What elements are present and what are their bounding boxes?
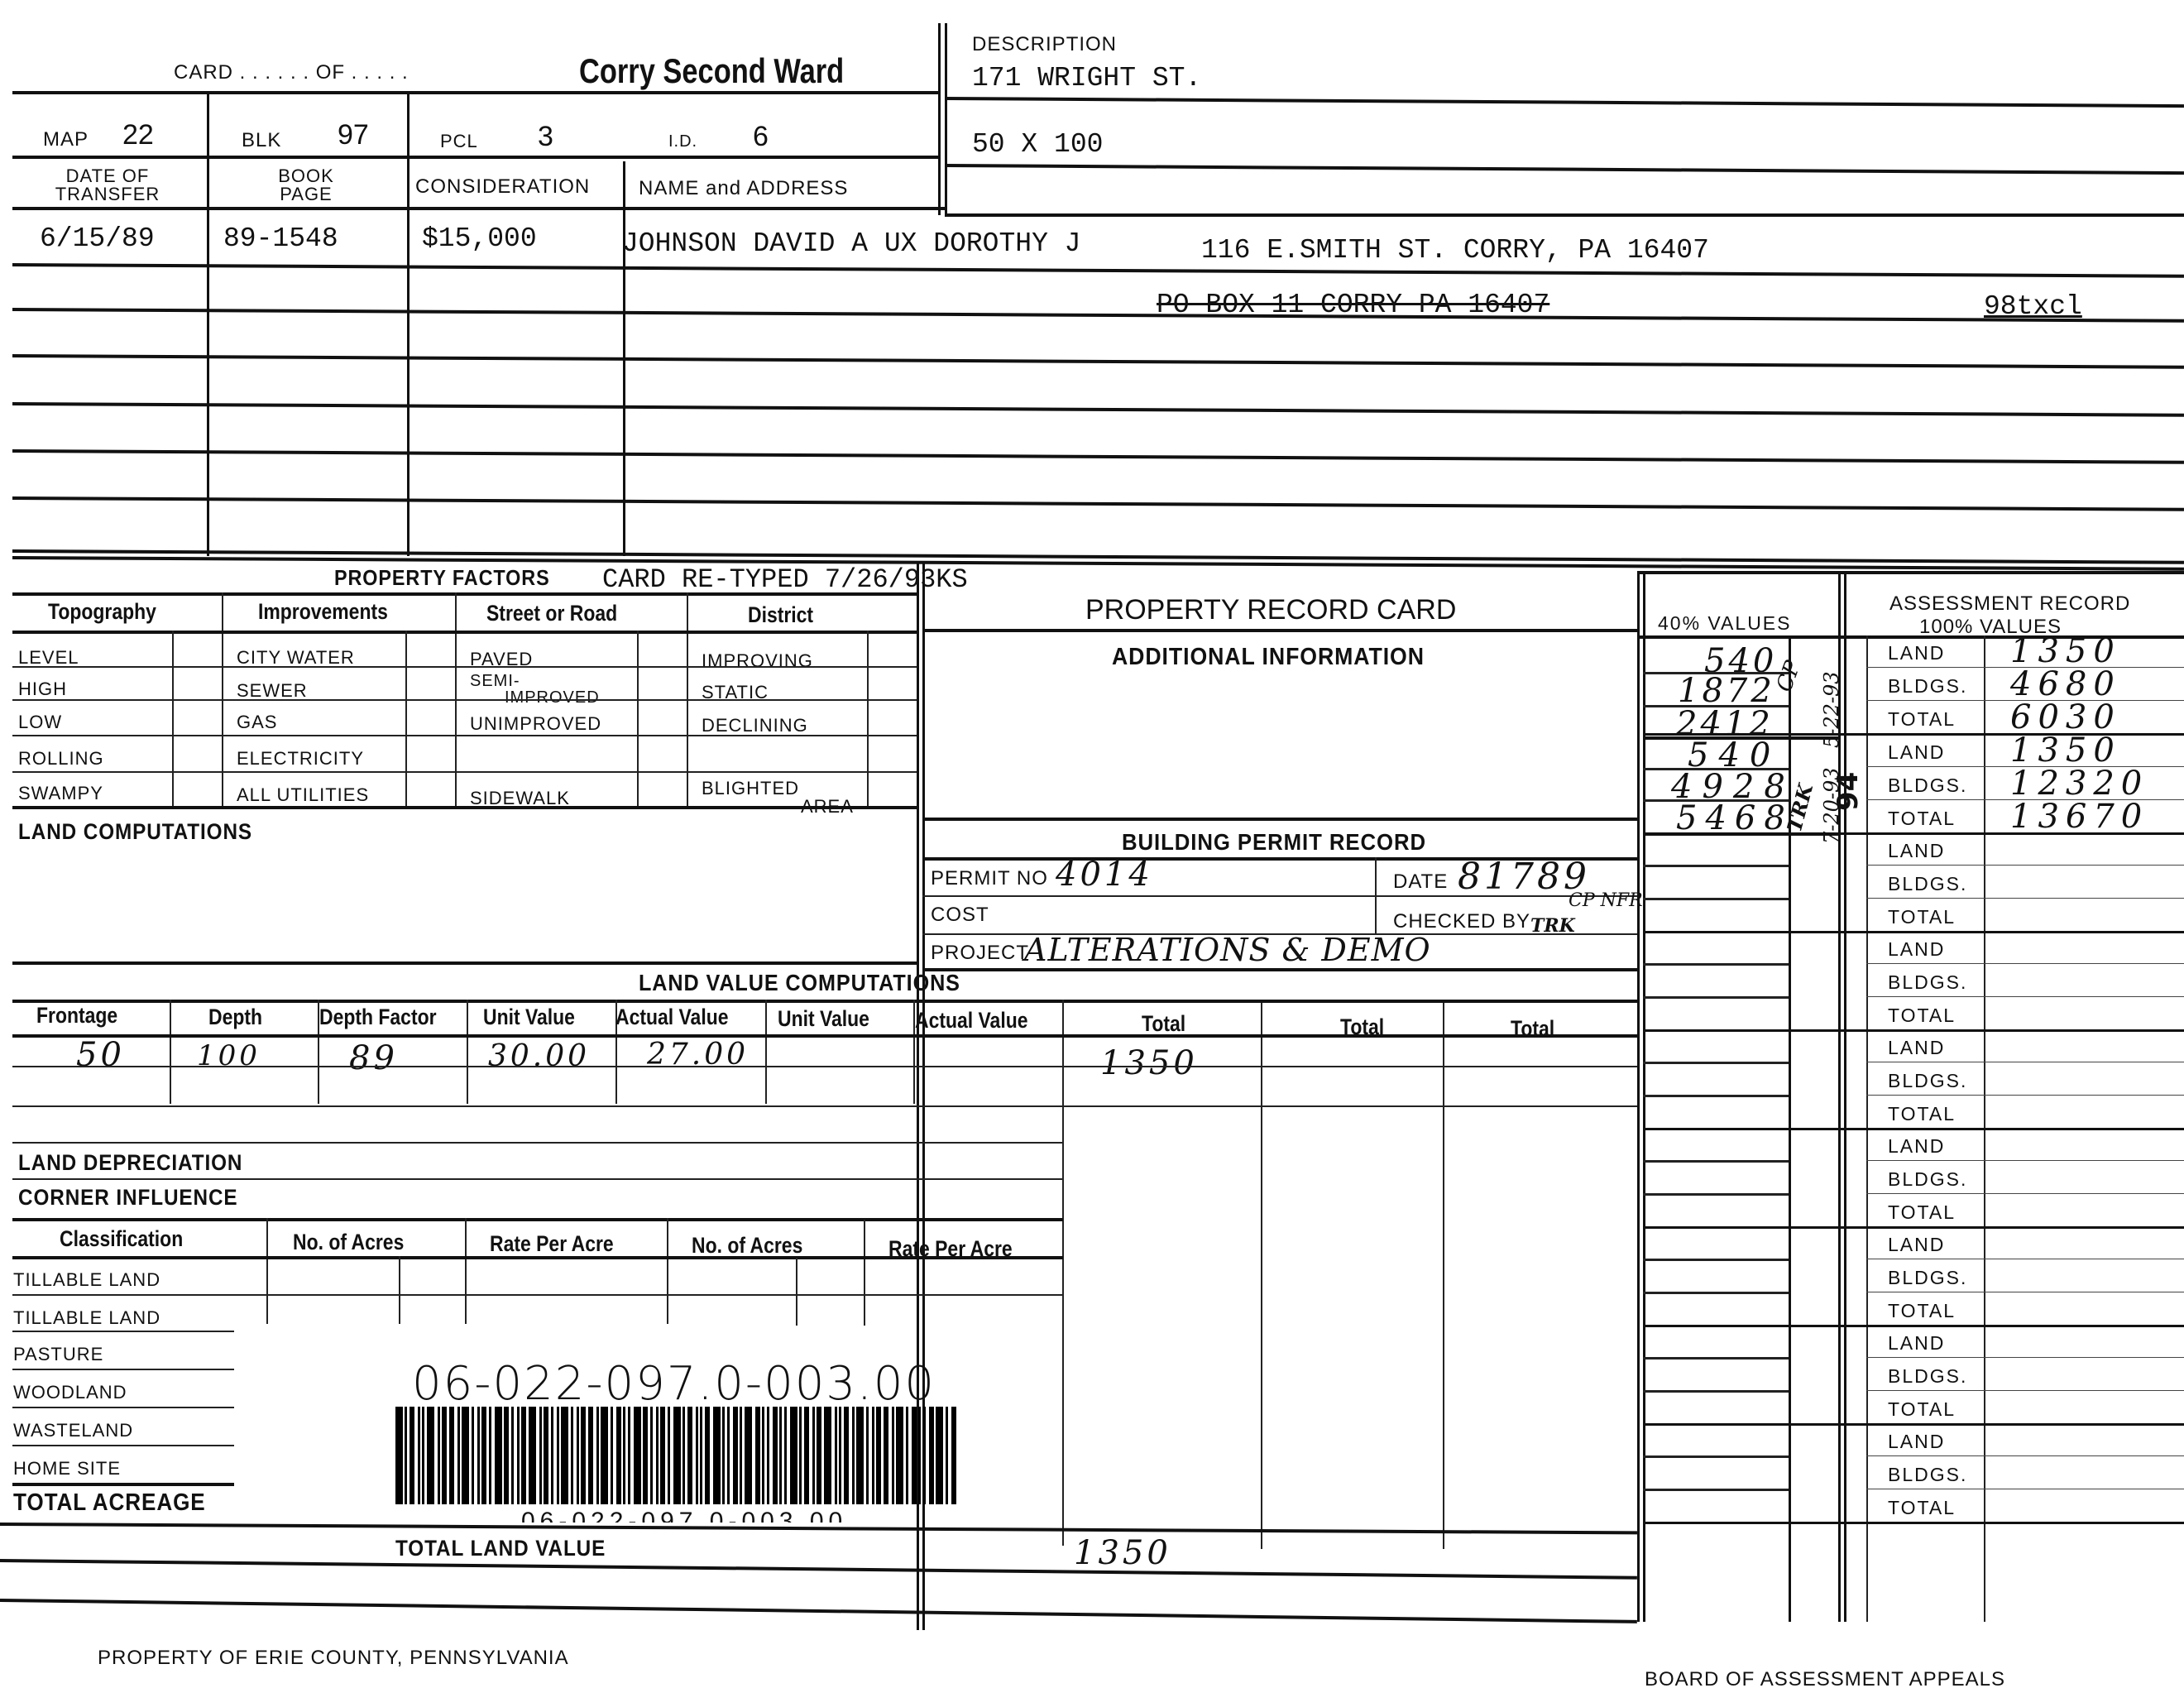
assessment-label-land: LAND — [1888, 840, 1945, 862]
lv-col-actual-value: Actual Value — [615, 1005, 728, 1030]
barcode-printed-id: 06-022-097.0-003.00 — [521, 1508, 847, 1523]
acreage-row-pasture: PASTURE — [13, 1344, 103, 1365]
topo-high: HIGH — [18, 679, 67, 700]
assessment-label-total: TOTAL — [1888, 1398, 1956, 1421]
project-value: ALTERATIONS & DEMO — [1024, 932, 1431, 968]
assessment-label-land: LAND — [1888, 741, 1945, 764]
lv-unit-value: 30.00 — [488, 1039, 590, 1073]
assessment-label-total: TOTAL — [1888, 1300, 1956, 1322]
assessment-label-bldgs: BLDGS. — [1888, 1267, 1967, 1289]
assessment-label-total: TOTAL — [1888, 708, 1956, 731]
topography-header: Topography — [48, 599, 156, 625]
total-acreage-label: TOTAL ACREAGE — [13, 1489, 206, 1517]
assessment-label-total: TOTAL — [1888, 1103, 1956, 1125]
property-factors-title: PROPERTY FACTORS — [334, 565, 550, 591]
assessment-label-land: LAND — [1888, 1135, 1945, 1158]
lv-col-depth: Depth — [208, 1005, 262, 1030]
acreage-row-wasteland: WASTELAND — [13, 1420, 133, 1441]
lv-depth-value: 100 — [197, 1039, 261, 1072]
acreage-col-classification: Classification — [60, 1226, 183, 1252]
checked-by-note: CP NFR — [1569, 890, 1643, 911]
transfer-date: 6/15/89 — [40, 223, 155, 254]
lv-col-depth-factor: Depth Factor — [319, 1005, 437, 1030]
total-land-value-label: TOTAL LAND VALUE — [395, 1536, 606, 1561]
note-date-1: 5-22-93 — [1820, 671, 1843, 748]
acreage-row-home-site: HOME SITE — [13, 1458, 121, 1479]
assessment-label-bldgs: BLDGS. — [1888, 1168, 1967, 1191]
note-94: 94 — [1832, 772, 1865, 811]
improvement-gas: GAS — [237, 712, 277, 733]
assessment-label-bldgs: BLDGS. — [1888, 873, 1967, 895]
description-address: 171 WRIGHT ST. — [972, 63, 1201, 94]
lv-col-total-1: Total — [1142, 1011, 1185, 1037]
description-label: DESCRIPTION — [972, 33, 1117, 56]
lv-col-actual-value-2: Actual Value — [915, 1008, 1027, 1033]
lv-col-frontage: Frontage — [36, 1003, 117, 1029]
acreage-col-rate-1: Rate Per Acre — [490, 1231, 614, 1257]
col-page: PAGE — [248, 184, 364, 205]
transfer-book-page: 89-1548 — [223, 223, 338, 254]
assessment-label-land: LAND — [1888, 938, 1945, 961]
map-label: MAP — [43, 128, 89, 151]
permit-no-value: 4014 — [1056, 856, 1153, 894]
assessment-label-bldgs: BLDGS. — [1888, 1464, 1967, 1486]
assessment-label-land: LAND — [1888, 642, 1945, 664]
street-header: Street or Road — [486, 601, 617, 626]
assessment-label-total: TOTAL — [1888, 1497, 1956, 1519]
footer-board: BOARD OF ASSESSMENT APPEALS — [1645, 1668, 2005, 1688]
blk-value: 97 — [338, 119, 369, 151]
address-note: 98txcl — [1984, 291, 2082, 322]
project-label: PROJECT — [931, 942, 1029, 965]
lv-depth-factor-value: 89 — [349, 1039, 398, 1077]
id-value: 6 — [753, 121, 769, 153]
permit-no-label: PERMIT NO — [931, 867, 1048, 890]
col-consideration: CONSIDERATION — [415, 175, 590, 199]
corner-influence-label: CORNER INFLUENCE — [18, 1185, 238, 1211]
barcode-icon — [395, 1407, 1049, 1504]
description-dimensions: 50 X 100 — [972, 129, 1103, 160]
record-card-title: PROPERTY RECORD CARD — [1085, 594, 1456, 626]
lv-col-total-3: Total — [1511, 1016, 1554, 1042]
footer-county: PROPERTY OF ERIE COUNTY, PENNSYLVANIA — [98, 1647, 569, 1670]
acreage-col-acres-2: No. of Acres — [692, 1233, 802, 1259]
land-value-title: LAND VALUE COMPUTATIONS — [639, 970, 960, 996]
card-of-label: CARD . . . . . . OF . . . . . — [174, 61, 409, 84]
assessment-label-bldgs: BLDGS. — [1888, 1070, 1967, 1092]
pcl-value: 3 — [538, 121, 553, 153]
assessment-label-land: LAND — [1888, 1037, 1945, 1059]
permit-record-title: BUILDING PERMIT RECORD — [1122, 829, 1426, 856]
assessment-label-land: LAND — [1888, 1332, 1945, 1355]
assessment-label-total: TOTAL — [1888, 1201, 1956, 1224]
improvements-header: Improvements — [258, 599, 388, 625]
assessment-label-total: TOTAL — [1888, 906, 1956, 928]
street-unimproved: UNIMPROVED — [470, 713, 601, 735]
land-computations-label: LAND COMPUTATIONS — [18, 819, 252, 845]
transfer-owner-address: 116 E.SMITH ST. CORRY, PA 16407 — [1201, 235, 1709, 266]
district-declining: DECLINING — [702, 715, 808, 736]
assessment-label-land: LAND — [1888, 1431, 1945, 1453]
checked-by-label: CHECKED BY — [1393, 910, 1530, 933]
lv-frontage-value: 50 — [76, 1036, 125, 1074]
transfer-owner-name: JOHNSON DAVID A UX DOROTHY J — [622, 228, 1081, 259]
assessment-title: ASSESSMENT RECORD — [1889, 592, 2130, 616]
assessment-value-total: 13670 — [2010, 798, 2148, 836]
ward-name: Corry Second Ward — [579, 51, 844, 91]
land-depreciation-label: LAND DEPRECIATION — [18, 1150, 242, 1176]
additional-info-label: ADDITIONAL INFORMATION — [1112, 644, 1425, 671]
assessment-label-total: TOTAL — [1888, 1005, 1956, 1027]
assessment-label-total: TOTAL — [1888, 808, 1956, 830]
assessment-label-bldgs: BLDGS. — [1888, 675, 1967, 698]
retyped-note: CARD RE-TYPED 7/26/93KS — [602, 564, 968, 595]
col-name-address: NAME and ADDRESS — [639, 177, 848, 200]
map-value: 22 — [122, 119, 154, 151]
acreage-row-tillable-1: TILLABLE LAND — [13, 1269, 160, 1291]
pcl-label: PCL — [440, 131, 478, 152]
topo-low: LOW — [18, 712, 62, 733]
street-improved: IMPROVED — [505, 688, 600, 707]
lv-col-unit-value: Unit Value — [483, 1005, 575, 1030]
topo-rolling: ROLLING — [18, 748, 104, 770]
barcode-handwritten-id: 06-022-097.0-003.00 — [412, 1357, 936, 1411]
acreage-row-tillable-2: TILLABLE LAND — [13, 1307, 160, 1329]
district-blighted: BLIGHTED — [702, 778, 799, 799]
values-40-label: 40% VALUES — [1658, 612, 1791, 635]
assessment-label-bldgs: BLDGS. — [1888, 774, 1967, 797]
col-transfer: TRANSFER — [50, 184, 165, 205]
district-improving: IMPROVING — [702, 650, 813, 672]
acreage-row-woodland: WOODLAND — [13, 1382, 127, 1403]
transfer-consideration: $15,000 — [422, 223, 537, 254]
blk-label: BLK — [242, 129, 281, 152]
cost-label: COST — [931, 904, 989, 927]
topo-swampy: SWAMPY — [18, 783, 103, 804]
id-label: I.D. — [668, 132, 697, 151]
acreage-col-acres-1: No. of Acres — [293, 1230, 404, 1255]
assessment-label-bldgs: BLDGS. — [1888, 1365, 1967, 1388]
assessment-label-bldgs: BLDGS. — [1888, 971, 1967, 994]
permit-date-label: DATE — [1393, 870, 1448, 894]
district-header: District — [748, 602, 813, 628]
assessment-label-land: LAND — [1888, 1234, 1945, 1256]
lv-total-value: 1350 — [1100, 1044, 1198, 1082]
lv-col-unit-value-2: Unit Value — [778, 1006, 869, 1032]
total-land-value: 1350 — [1074, 1534, 1171, 1572]
improvement-electricity: ELECTRICITY — [237, 748, 364, 770]
improvement-all-utilities: ALL UTILITIES — [237, 784, 369, 806]
